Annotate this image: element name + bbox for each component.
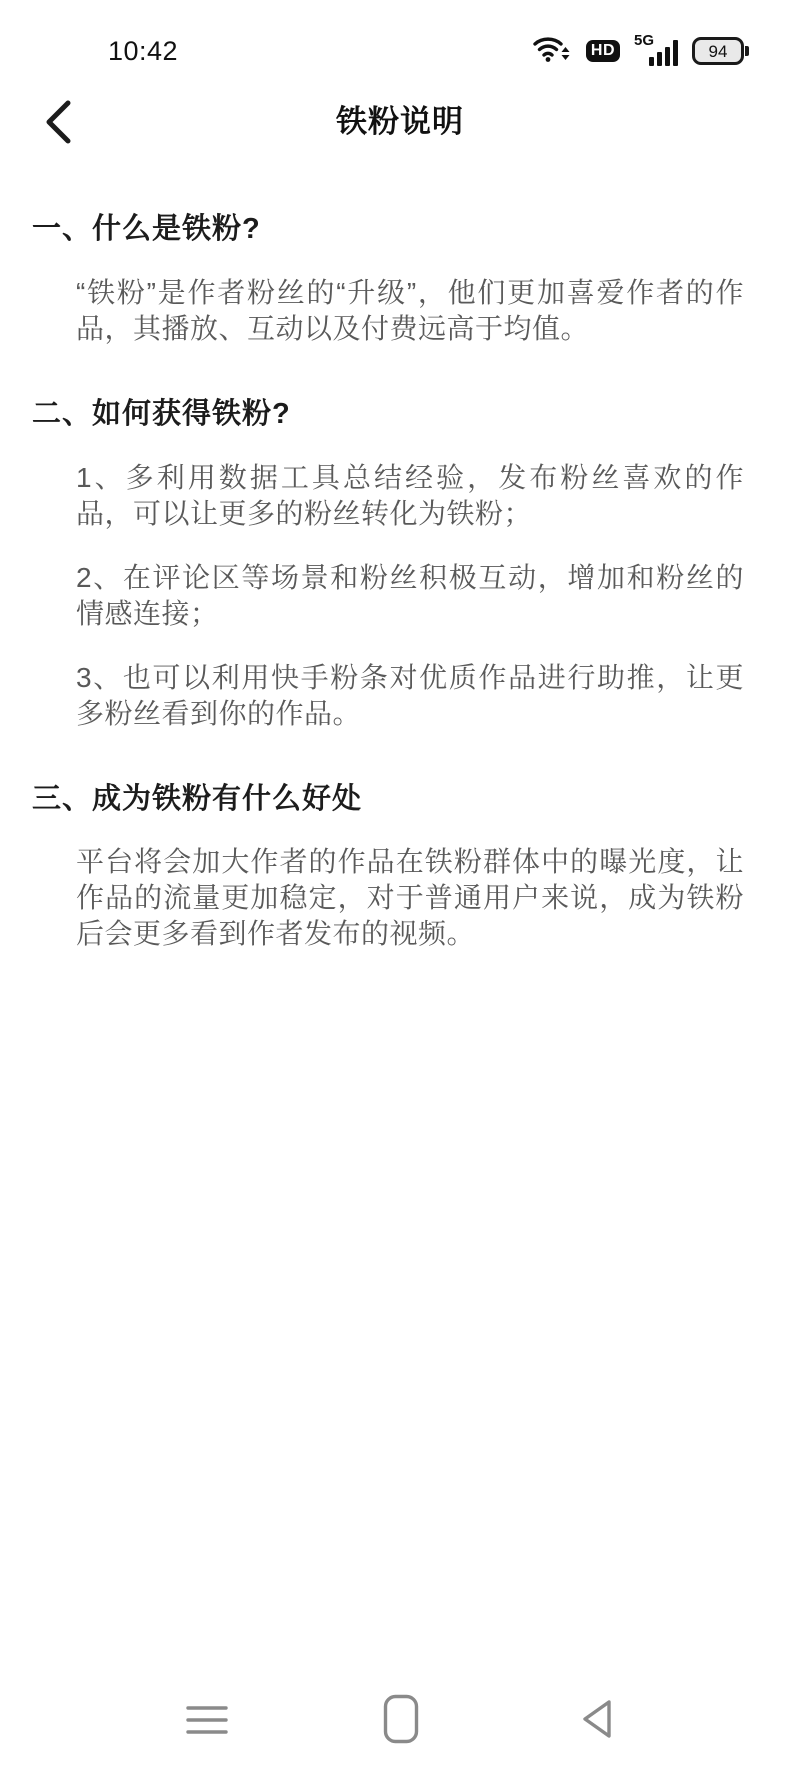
- home-square-icon: [383, 1732, 419, 1747]
- nav-back-button[interactable]: [578, 1696, 616, 1742]
- home-button[interactable]: [383, 1694, 419, 1744]
- status-time: 10:42: [108, 36, 178, 67]
- header: 铁粉说明: [0, 88, 800, 158]
- section-how-to-get-iron-fans: 二、如何获得铁粉? 1、多利用数据工具总结经验，发布粉丝喜欢的作品，可以让更多的…: [32, 397, 744, 732]
- section-benefits-of-iron-fan: 三、成为铁粉有什么好处 平台将会加大作者的作品在铁粉群体中的曝光度，让作品的流量…: [32, 782, 744, 953]
- section-paragraph: 3、也可以利用快手粉条对优质作品进行助推，让更多粉丝看到你的作品。: [76, 660, 744, 732]
- battery-percent: 94: [709, 43, 728, 60]
- section-paragraph: “铁粉”是作者粉丝的“升级”，他们更加喜爱作者的作品，其播放、互动以及付费远高于…: [76, 275, 744, 347]
- menu-lines-icon: [185, 1730, 229, 1745]
- section-heading: 三、成为铁粉有什么好处: [32, 782, 744, 817]
- section-paragraph: 2、在评论区等场景和粉丝积极互动，增加和粉丝的情感连接；: [76, 560, 744, 632]
- bottom-nav-bar: [0, 1658, 800, 1778]
- content: 一、什么是铁粉? “铁粉”是作者粉丝的“升级”，他们更加喜爱作者的作品，其播放、…: [0, 158, 800, 952]
- section-what-is-iron-fan: 一、什么是铁粉? “铁粉”是作者粉丝的“升级”，他们更加喜爱作者的作品，其播放、…: [32, 212, 744, 347]
- recents-menu-button[interactable]: [185, 1698, 229, 1742]
- cellular-signal-icon: 5G: [634, 34, 678, 68]
- section-paragraph: 平台将会加大作者的作品在铁粉群体中的曝光度，让作品的流量更加稳定，对于普通用户来…: [76, 844, 744, 952]
- page-title: 铁粉说明: [0, 96, 800, 141]
- back-triangle-icon: [578, 1730, 616, 1745]
- app-screen: 10:42 HD 5G 94: [0, 0, 800, 1778]
- hd-badge-icon: HD: [586, 40, 620, 62]
- section-heading: 二、如何获得铁粉?: [32, 397, 744, 432]
- section-paragraph: 1、多利用数据工具总结经验，发布粉丝喜欢的作品，可以让更多的粉丝转化为铁粉；: [76, 460, 744, 532]
- signal-bars-icon: [649, 40, 678, 66]
- battery-icon: 94: [692, 37, 744, 65]
- wifi-icon: [532, 33, 572, 70]
- status-bar: 10:42 HD 5G 94: [0, 0, 800, 78]
- status-icons: HD 5G 94: [532, 33, 744, 70]
- section-heading: 一、什么是铁粉?: [32, 212, 744, 247]
